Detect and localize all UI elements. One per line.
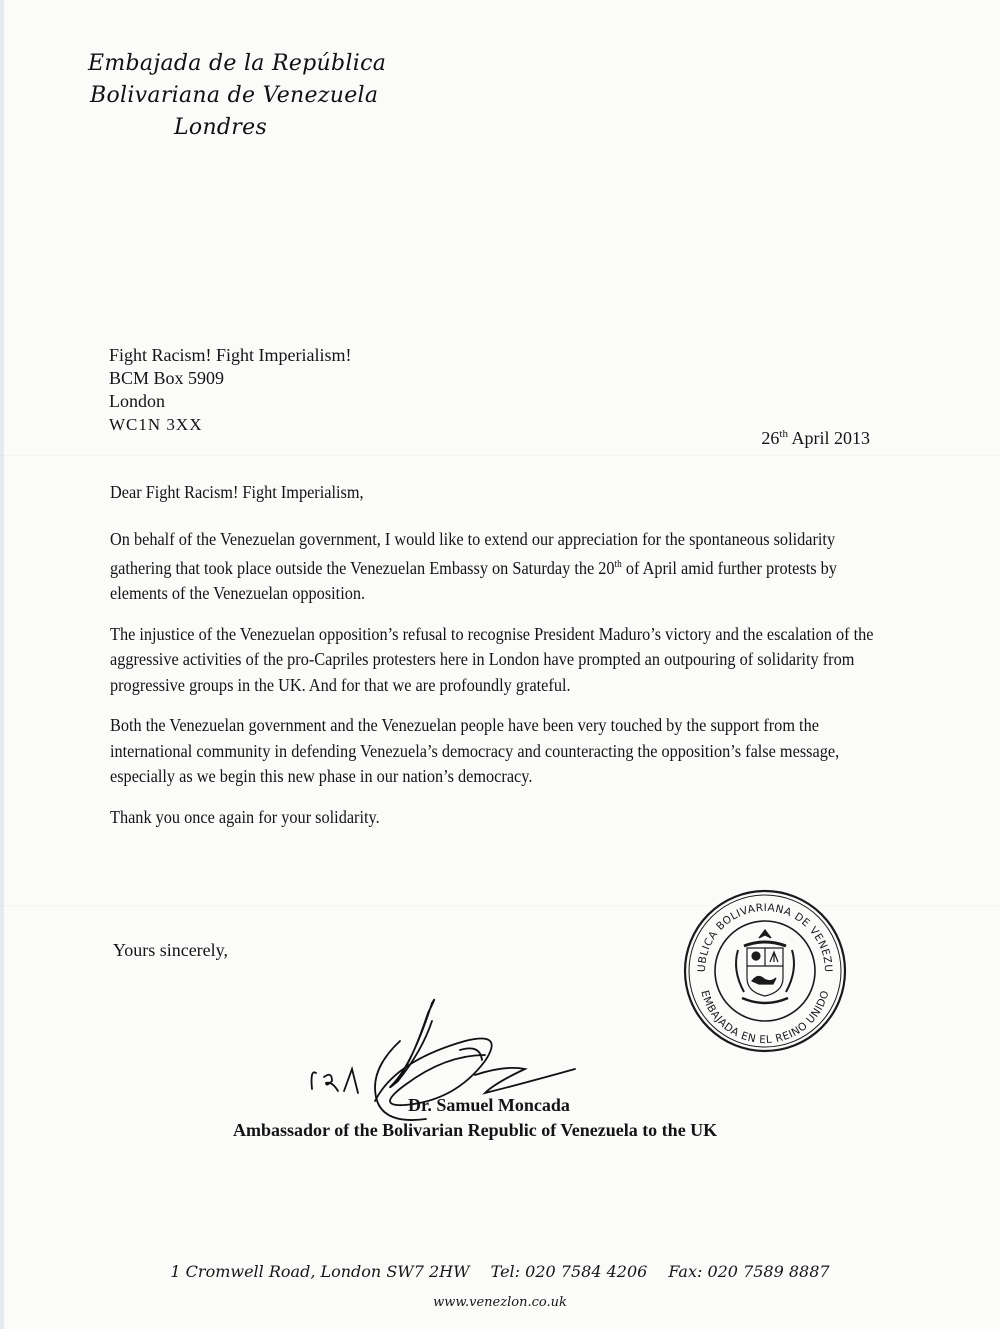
letterhead: Embajada de la República Bolivariana de …: [88, 48, 386, 144]
date-suffix: th: [779, 428, 788, 440]
footer-address: 1 Cromwell Road, London SW7 2HW: [170, 1262, 469, 1281]
paragraph-3: Both the Venezuelan government and the V…: [110, 713, 882, 790]
embassy-stamp: REPUBLICA BOLIVARIANA DE VENEZUELA EMBAJ…: [682, 888, 848, 1054]
recipient-city: London: [109, 390, 351, 413]
letterhead-line-3: Londres: [174, 112, 386, 144]
date-rest: April 2013: [792, 428, 871, 448]
letter-date: 26th April 2013: [761, 428, 870, 449]
letterhead-line-1: Embajada de la República: [88, 48, 386, 80]
recipient-address: Fight Racism! Fight Imperialism! BCM Box…: [109, 344, 351, 436]
recipient-box: BCM Box 5909: [109, 367, 351, 390]
paper-edge: [0, 0, 4, 1329]
closing: Yours sincerely,: [113, 940, 228, 961]
stamp-bottom-text: EMBAJADA EN EL REINO UNIDO: [698, 989, 831, 1046]
paragraph-4: Thank you once again for your solidarity…: [110, 805, 882, 831]
paragraph-2: The injustice of the Venezuelan oppositi…: [110, 622, 882, 699]
footer-website: www.venezlon.co.uk: [0, 1295, 1000, 1310]
footer-contact: 1 Cromwell Road, London SW7 2HW Tel: 020…: [0, 1262, 1000, 1281]
recipient-name: Fight Racism! Fight Imperialism!: [109, 344, 351, 367]
salutation: Dear Fight Racism! Fight Imperialism,: [110, 480, 882, 506]
paper-fold: [0, 455, 1000, 457]
letterhead-line-2: Bolivariana de Venezuela: [90, 80, 386, 112]
footer-fax: Fax: 020 7589 8887: [668, 1262, 829, 1281]
svg-text:EMBAJADA EN EL REINO UNIDO: EMBAJADA EN EL REINO UNIDO: [698, 989, 831, 1046]
signatory-name: Dr. Samuel Moncada: [408, 1095, 570, 1116]
recipient-postcode: WC1N 3XX: [109, 413, 351, 436]
footer-tel: Tel: 020 7584 4206: [491, 1262, 648, 1281]
paragraph-1: On behalf of the Venezuelan government, …: [110, 527, 882, 607]
date-day: 26: [761, 428, 779, 448]
paper-fold: [0, 905, 1000, 907]
coat-of-arms-icon: [736, 930, 794, 1003]
signatory-title: Ambassador of the Bolivarian Republic of…: [233, 1120, 717, 1141]
letter-body: Dear Fight Racism! Fight Imperialism, On…: [110, 480, 826, 845]
